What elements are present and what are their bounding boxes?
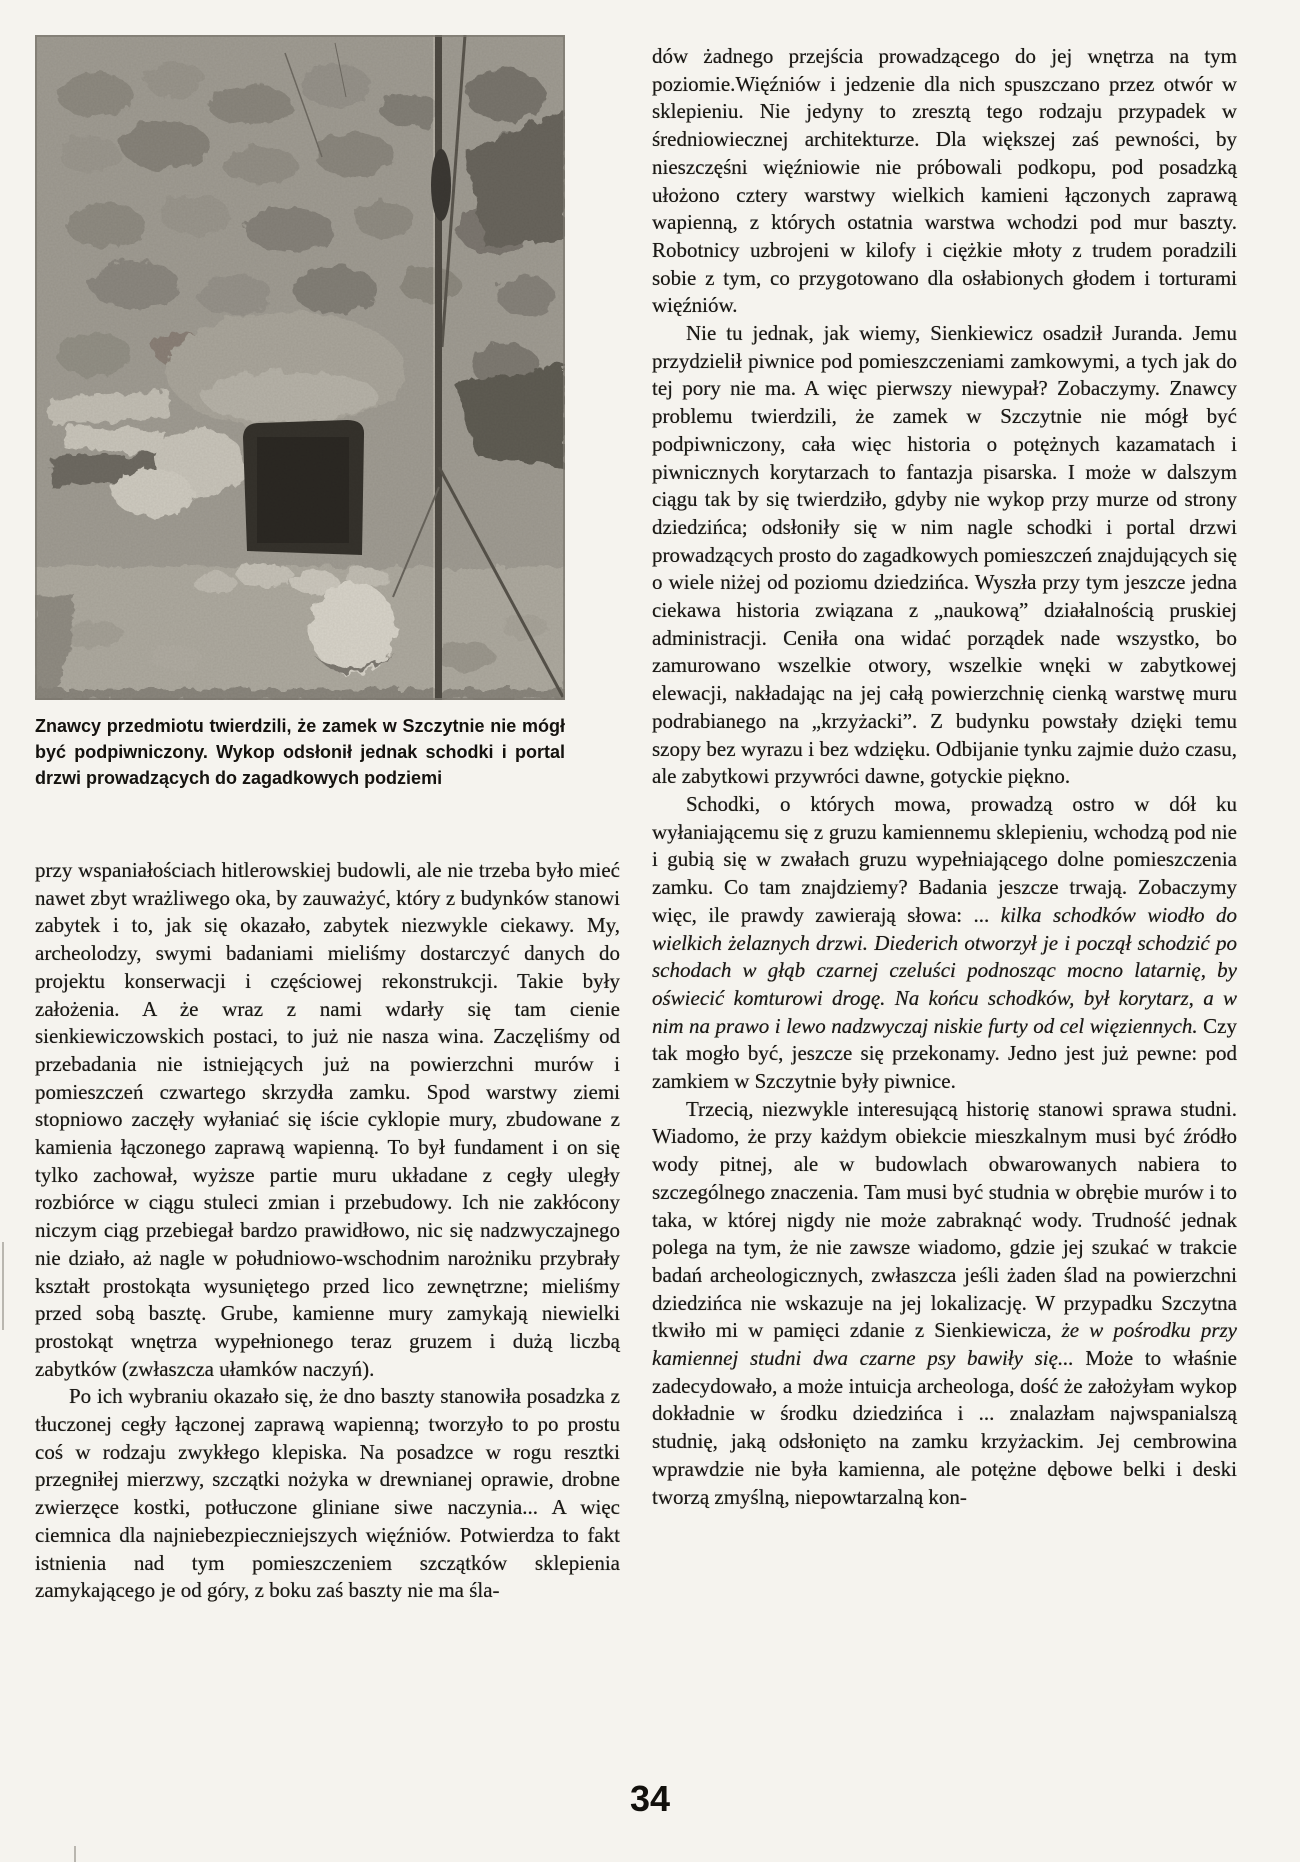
- two-column-layout: Znawcy przedmiotu twierdzili, że zamek w…: [0, 0, 1300, 1605]
- paragraph: Trzecią, niezwykle interesującą historię…: [652, 1096, 1237, 1512]
- body-text: Nie tu jednak, jak wiemy, Sienkiewicz os…: [652, 321, 1237, 788]
- left-column-text: przy wspaniałościach hitlerowskiej budow…: [35, 857, 620, 1605]
- body-text: Po ich wybraniu okazało się, że dno basz…: [35, 1384, 620, 1602]
- body-text: przy wspaniałościach hitlerowskiej budow…: [35, 858, 620, 1381]
- left-column: Znawcy przedmiotu twierdzili, że zamek w…: [35, 35, 620, 1605]
- scanned-page: Znawcy przedmiotu twierdzili, że zamek w…: [0, 0, 1300, 1862]
- body-text: Może to właśnie zadecydowało, a może int…: [652, 1346, 1237, 1509]
- right-column: dów żadnego przejścia prowadzącego do je…: [652, 35, 1237, 1605]
- paragraph: Po ich wybraniu okazało się, że dno basz…: [35, 1383, 620, 1605]
- photo-caption: Znawcy przedmiotu twierdzili, że zamek w…: [35, 713, 565, 791]
- figure-block: Znawcy przedmiotu twierdzili, że zamek w…: [35, 35, 565, 791]
- page-number: 34: [0, 1778, 1300, 1820]
- body-text: Trzecią, niezwykle interesującą historię…: [652, 1097, 1237, 1343]
- scan-artifact-line: [2, 1242, 4, 1330]
- right-column-text: dów żadnego przejścia prowadzącego do je…: [652, 43, 1237, 1511]
- paragraph: Nie tu jednak, jak wiemy, Sienkiewicz os…: [652, 320, 1237, 791]
- excavation-photo: [35, 35, 565, 700]
- paragraph: przy wspaniałościach hitlerowskiej budow…: [35, 857, 620, 1383]
- body-text: dów żadnego przejścia prowadzącego do je…: [652, 44, 1237, 317]
- paragraph: dów żadnego przejścia prowadzącego do je…: [652, 43, 1237, 320]
- scan-artifact-line: [74, 1846, 76, 1862]
- paragraph: Schodki, o których mowa, prowadzą ostro …: [652, 791, 1237, 1096]
- photo-grain-overlay: [35, 35, 565, 700]
